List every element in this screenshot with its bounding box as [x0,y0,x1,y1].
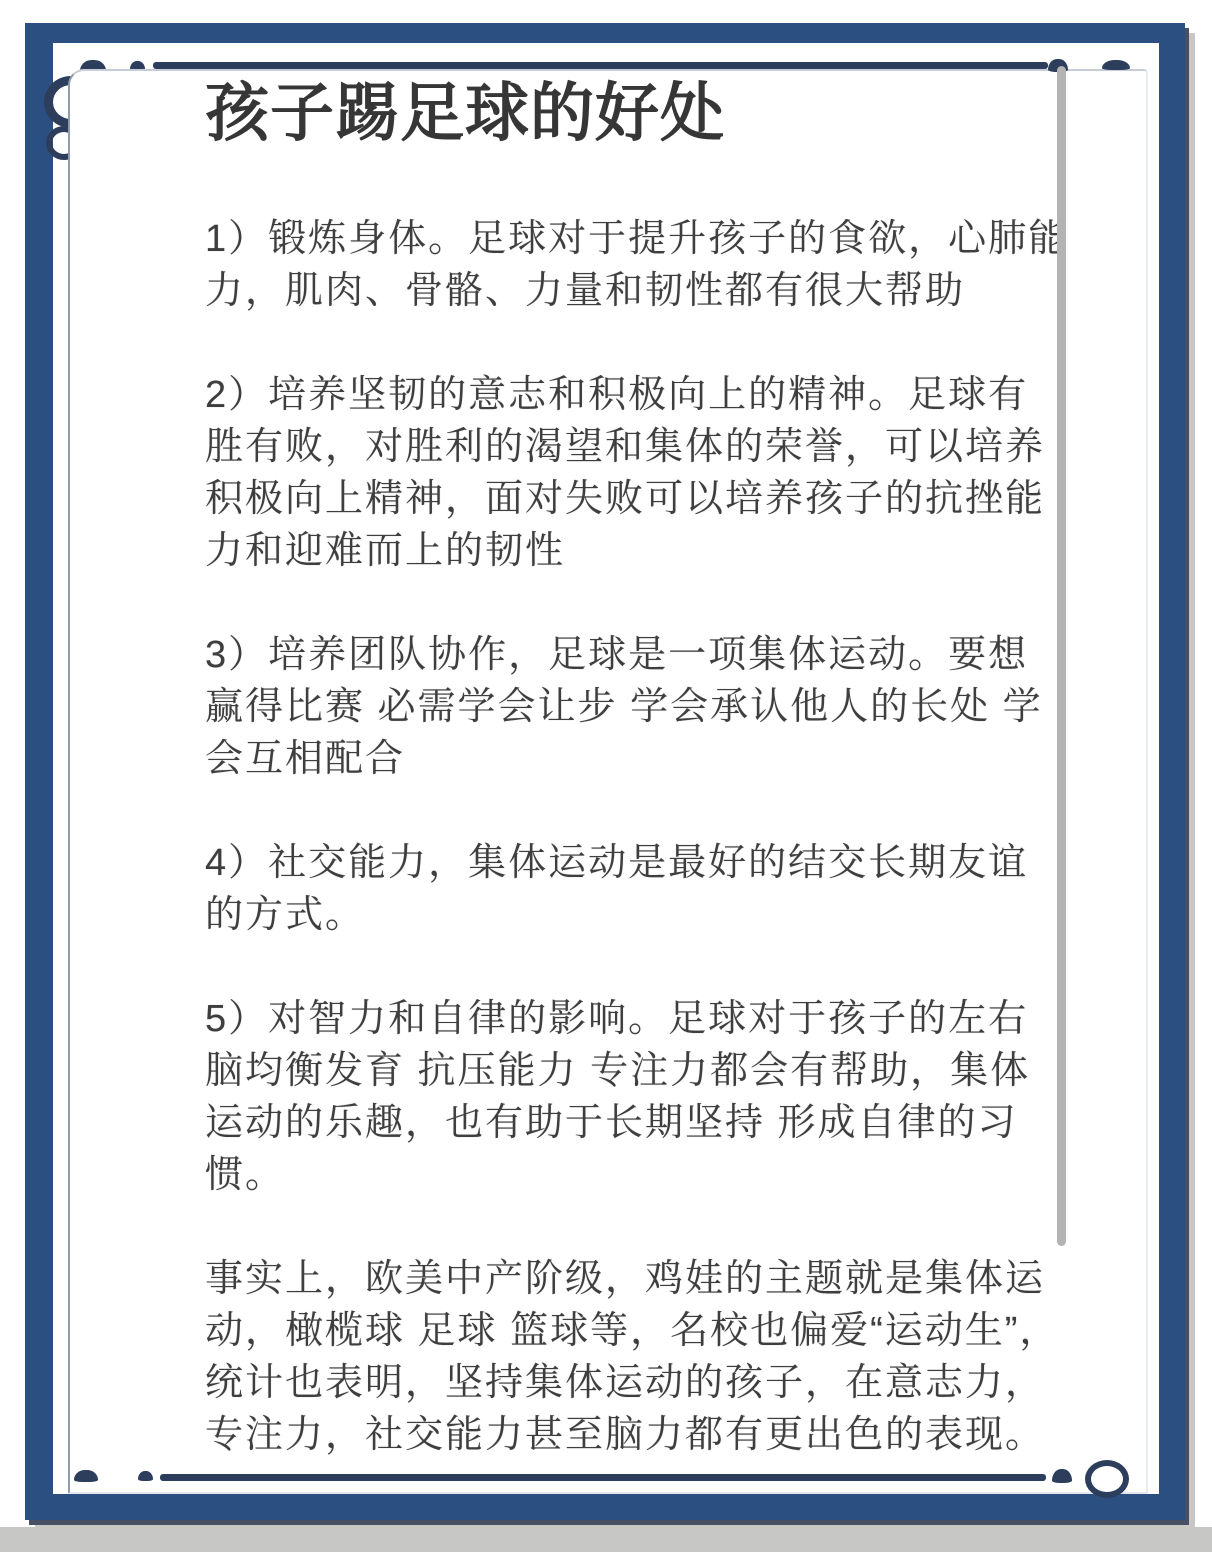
top-right-ornament-wide [1102,60,1130,70]
bottom-gray-strip [0,1527,1212,1552]
paragraph: 4）社交能力，集体运动是最好的结交长期友谊的方式。 [205,837,1146,941]
text-line: 事实上，欧美中产阶级，鸡娃的主题就是集体运 [205,1253,1146,1305]
screenshot-canvas: 孩子踢足球的好处 1）锻炼身体。足球对于提升孩子的食欲，心肺能力，肌肉、骨骼、力… [0,0,1212,1552]
text-line: 脑均衡发育 抗压能力 专注力都会有帮助，集体 [205,1045,1146,1097]
paragraph-list: 1）锻炼身体。足球对于提升孩子的食欲，心肺能力，肌肉、骨骼、力量和韧性都有很大帮… [205,213,1146,1461]
bottom-right-ornament-dot [1052,1469,1072,1483]
text-line: 惯。 [205,1149,1146,1201]
scrollbar-thumb[interactable] [1057,66,1066,1246]
paragraph: 1）锻炼身体。足球对于提升孩子的食欲，心肺能力，肌肉、骨骼、力量和韧性都有很大帮… [205,213,1146,317]
paragraph: 3）培养团队协作，足球是一项集体运动。要想赢得比赛 必需学会让步 学会承认他人的… [205,629,1146,785]
bottom-ornament-line [160,1474,1046,1481]
text-line: 的方式。 [205,889,1146,941]
text-line: 力，肌肉、骨骼、力量和韧性都有很大帮助 [205,265,1146,317]
text-line: 积极向上精神，面对失败可以培养孩子的抗挫能 [205,473,1146,525]
text-line: 运动的乐趣，也有助于长期坚持 形成自律的习 [205,1097,1146,1149]
document-title: 孩子踢足球的好处 [205,73,1146,153]
bottom-left-ornament-dot-small [138,1471,153,1481]
text-line: 专注力，社交能力甚至脑力都有更出色的表现。 [205,1409,1146,1461]
text-line: 胜有败，对胜利的渴望和集体的荣誉，可以培养 [205,421,1146,473]
text-line: 2）培养坚韧的意志和积极向上的精神。足球有 [205,369,1146,421]
text-line: 5）对智力和自律的影响。足球对于孩子的左右 [205,993,1146,1045]
text-line: 力和迎难而上的韧性 [205,525,1146,577]
paragraph: 事实上，欧美中产阶级，鸡娃的主题就是集体运动，橄榄球 足球 篮球等，名校也偏爱“… [205,1253,1146,1461]
paragraph: 5）对智力和自律的影响。足球对于孩子的左右脑均衡发育 抗压能力 专注力都会有帮助… [205,993,1146,1201]
text-line: 赢得比赛 必需学会让步 学会承认他人的长处 学 [205,681,1146,733]
paragraph: 2）培养坚韧的意志和积极向上的精神。足球有胜有败，对胜利的渴望和集体的荣誉，可以… [205,369,1146,577]
text-line: 1）锻炼身体。足球对于提升孩子的食欲，心肺能 [205,213,1146,265]
top-ornament-line [153,62,1048,69]
content-card: 孩子踢足球的好处 1）锻炼身体。足球对于提升孩子的食欲，心肺能力，肌肉、骨骼、力… [68,69,1148,1494]
bottom-left-ornament-dot [74,1470,98,1482]
bottom-right-ring-ornament [1085,1460,1129,1498]
text-line: 动，橄榄球 足球 篮球等，名校也偏爱“运动生”， [205,1305,1146,1357]
text-line: 会互相配合 [205,733,1146,785]
text-line: 3）培养团队协作，足球是一项集体运动。要想 [205,629,1146,681]
text-line: 统计也表明，坚持集体运动的孩子，在意志力， [205,1357,1146,1409]
text-line: 4）社交能力，集体运动是最好的结交长期友谊 [205,837,1146,889]
